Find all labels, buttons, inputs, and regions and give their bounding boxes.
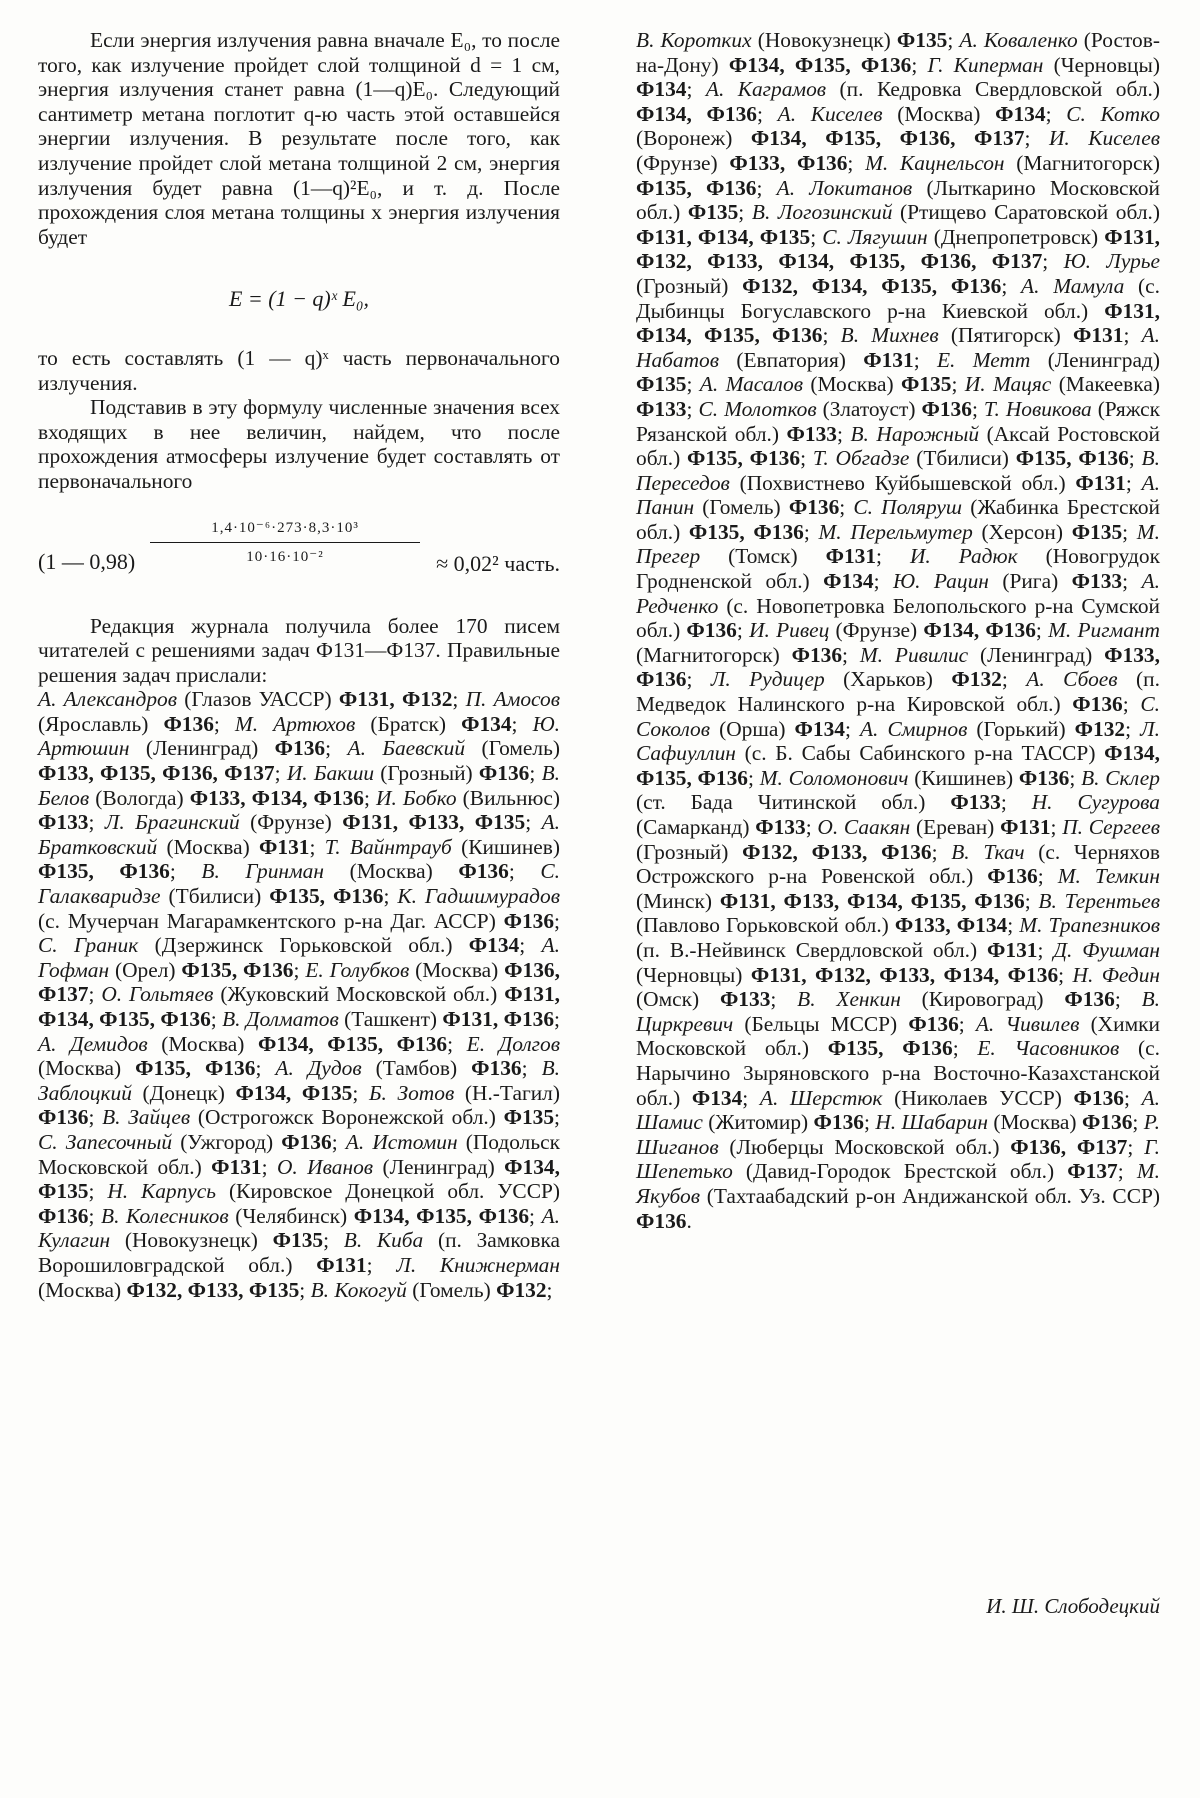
solver-name: Н. Карпусь [107, 1179, 216, 1203]
solver-name: Т. Вайнтрауб [325, 835, 452, 859]
solver-place: (Новокузнецк) [758, 28, 891, 52]
solver-problems: Ф131 [987, 938, 1037, 962]
solver-place: (Москва) [897, 102, 980, 126]
solver-entry: В. Зайцев (Острогожск Воронежской обл.) … [102, 1105, 560, 1129]
solver-entry: Л. Рудицер (Харьков) Ф132; [711, 667, 1026, 691]
solver-place: (Минск) [636, 889, 712, 913]
solver-name: К. Гадшимурадов [397, 884, 560, 908]
solver-name: А. Масалов [700, 372, 803, 396]
solver-place: (с. Мучерчан Магарамкентского р-на Даг. … [38, 909, 496, 933]
solver-problems: Ф131, Ф133, Ф134, Ф135, Ф136 [720, 889, 1025, 913]
solver-name: С. Поляруш [853, 495, 962, 519]
solver-place: (Кишинев) [914, 766, 1013, 790]
numeric-formula: (1 — 0,98) 1,4·10⁻⁶·273·8,3·10³ 10·16·10… [38, 516, 560, 584]
solver-problems: Ф135, Ф136 [828, 1036, 953, 1060]
solver-problems: Ф134, Ф136 [923, 618, 1035, 642]
solver-place: (Самарканд) [636, 815, 749, 839]
solver-place: (Орша) [719, 717, 785, 741]
solver-name: Л. Рудицер [711, 667, 825, 691]
solver-place: (Фрунзе) [836, 618, 918, 642]
solver-name: И. Киселев [1049, 126, 1160, 150]
formula-result: ≈ 0,02² часть. [436, 552, 560, 577]
solver-entry: Л. Брагинский (Фрунзе) Ф131, Ф133, Ф135; [105, 810, 542, 834]
solver-name: Е. Часовников [977, 1036, 1119, 1060]
right-column: В. Коротких (Новокузнецк) Ф135; А. Ковал… [636, 28, 1160, 1233]
solver-problems: Ф133, Ф136 [729, 151, 847, 175]
solver-place: (Ереван) [916, 815, 994, 839]
solver-place: (Николаев УССР) [894, 1086, 1062, 1110]
solver-entry: В. Колесников (Челябинск) Ф134, Ф135, Ф1… [101, 1204, 542, 1228]
solver-place: (Гомель) [412, 1278, 490, 1302]
solver-name: Н. Федин [1073, 963, 1161, 987]
solver-problems: Ф135 [636, 372, 686, 396]
solver-problems: Ф134 [461, 712, 511, 736]
solver-place: (Новокузнецк) [125, 1228, 258, 1252]
solver-name: В. Киба [344, 1228, 423, 1252]
solver-name: А. Киселев [778, 102, 883, 126]
solver-problems: Ф136 [987, 864, 1037, 888]
solver-place: (п. В.-Нейвинск Свердловской обл.) [636, 938, 977, 962]
solver-problems: Ф135 [897, 28, 947, 52]
solver-name: С. Граник [38, 933, 138, 957]
solver-problems: Ф133, Ф135, Ф136, Ф137 [38, 761, 275, 785]
solver-problems: Ф136, Ф137 [1010, 1135, 1127, 1159]
solver-name: М. Ривилис [860, 643, 968, 667]
solver-problems: Ф136 [789, 495, 839, 519]
solver-name: В. Логозинский [752, 200, 893, 224]
solver-problems: Ф133 [787, 422, 837, 446]
solver-name: С. Котко [1066, 102, 1160, 126]
solver-entry: И. Ривец (Фрунзе) Ф134, Ф136; [749, 618, 1048, 642]
solver-problems: Ф136 [275, 736, 325, 760]
solver-name: И. Бакши [287, 761, 374, 785]
solver-entry: А. Александров (Глазов УАССР) Ф131, Ф132… [38, 687, 466, 711]
solver-problems: Ф134, Ф136 [636, 102, 757, 126]
solver-name: Ю. Рацин [893, 569, 989, 593]
solver-problems: Ф131, Ф132, Ф133, Ф134, Ф136 [751, 963, 1058, 987]
solver-place: (Ярославль) [38, 712, 148, 736]
solver-place: (Похвистнево Куйбышевской обл.) [740, 471, 1066, 495]
solver-place: (Тбилиси) [916, 446, 1009, 470]
solver-place: (Грозный) [636, 840, 728, 864]
solver-name: И. Радюк [910, 544, 1018, 568]
solver-place: (Жуковский Московской обл.) [220, 982, 497, 1006]
solver-place: (Москва) [167, 835, 250, 859]
solver-place: (Москва) [350, 859, 433, 883]
solver-problems: Ф133 [950, 790, 1000, 814]
solver-problems: Ф131, Ф133, Ф135 [342, 810, 525, 834]
solver-problems: Ф132 [951, 667, 1001, 691]
solver-place: (Евпатория) [736, 348, 846, 372]
solver-entry: А. Шерстюк (Николаев УССР) Ф136; [760, 1086, 1142, 1110]
solver-place: (Ужгород) [180, 1130, 273, 1154]
solver-entry: А. Киселев (Москва) Ф134; [778, 102, 1067, 126]
solver-problems: Ф135, Ф136 [181, 958, 293, 982]
solver-name: В. Зайцев [102, 1105, 190, 1129]
solver-name: А. Демидов [38, 1032, 148, 1056]
solver-place: (Житомир) [708, 1110, 808, 1134]
solver-entry: В. Долматов (Ташкент) Ф131, Ф136; [222, 1007, 560, 1031]
solver-place: (п. Кедровка Свердловской обл.) [840, 77, 1160, 101]
solver-place: (ст. Бада Читинской обл.) [636, 790, 925, 814]
solver-problems: Ф132 [1075, 717, 1125, 741]
solver-problems: Ф134, Ф135, Ф136, Ф137 [751, 126, 1025, 150]
solver-problems: Ф131, Ф136 [442, 1007, 554, 1031]
solver-problems: Ф131 [259, 835, 309, 859]
solver-place: (Москва) [161, 1032, 244, 1056]
solver-name: Г. Киперман [928, 53, 1044, 77]
solver-name: А. Сбоев [1026, 667, 1117, 691]
solver-place: (Макеевка) [1059, 372, 1160, 396]
solver-place: (Москва) [415, 958, 498, 982]
solver-place: (Братск) [370, 712, 446, 736]
author-signature: И. Ш. Слободецкий [986, 1594, 1160, 1619]
solver-place: (Горький) [976, 717, 1065, 741]
solver-entry: С. Запесочный (Ужгород) Ф136; [38, 1130, 346, 1154]
solver-name: А. Смирнов [860, 717, 967, 741]
solver-name: В. Склер [1081, 766, 1160, 790]
solver-name: Н. Сугурова [1032, 790, 1160, 814]
fraction-denominator: 10·16·10⁻² [150, 543, 420, 570]
solver-name: Т. Обгадзе [813, 446, 910, 470]
solver-name: А. Шерстюк [760, 1086, 883, 1110]
solver-place: (Черновцы) [1054, 53, 1160, 77]
solver-problems: Ф132, Ф133, Ф136 [742, 840, 931, 864]
solver-place: (Гомель) [482, 736, 560, 760]
solver-place: (Ленинград) [382, 1155, 494, 1179]
solver-entry: С. Граник (Дзержинск Горьковской обл.) Ф… [38, 933, 542, 957]
solver-entry: А. Масалов (Москва) Ф135; [700, 372, 965, 396]
solver-name: А. Локитанов [777, 176, 913, 200]
solver-problems: Ф134, Ф135 [235, 1081, 352, 1105]
solver-place: (Магнитогорск) [636, 643, 780, 667]
solver-name: О. Иванов [277, 1155, 373, 1179]
solver-place: (Грозный) [636, 274, 728, 298]
solver-place: (Москва) [38, 1278, 121, 1302]
solver-place: (Дзержинск Горьковской обл.) [155, 933, 453, 957]
solver-problems: Ф133 [755, 815, 805, 839]
solver-problems: Ф133 [720, 987, 770, 1011]
solver-problems: Ф135, Ф136 [1016, 446, 1129, 470]
solver-name: В. Кокогуй [311, 1278, 407, 1302]
solver-problems: Ф134 [795, 717, 845, 741]
solver-name: А. Коваленко [959, 28, 1077, 52]
solver-name: С. Запесочный [38, 1130, 172, 1154]
solver-problems: Ф136 [1074, 1086, 1124, 1110]
solver-entry: А. Демидов (Москва) Ф134, Ф135, Ф136; [38, 1032, 467, 1056]
solver-name: В. Ткач [951, 840, 1024, 864]
solver-problems: Ф136 [814, 1110, 864, 1134]
solver-name: М. Темкин [1058, 864, 1160, 888]
solver-place: (Омск) [636, 987, 699, 1011]
solver-problems: Ф131 [863, 348, 913, 372]
solver-name: В. Терентьев [1038, 889, 1160, 913]
solver-name: А. Александров [38, 687, 177, 711]
solver-name: И. Бобко [376, 786, 457, 810]
solver-place: (Орел) [115, 958, 176, 982]
solver-problems: Ф137 [1067, 1159, 1117, 1183]
solver-name: А. Дудов [275, 1056, 361, 1080]
exponent-fraction: 1,4·10⁻⁶·273·8,3·10³ 10·16·10⁻² [150, 516, 420, 570]
solver-problems: Ф134 [995, 102, 1045, 126]
solver-place: (Москва) [993, 1110, 1076, 1134]
solver-place: (Кишинев) [461, 835, 560, 859]
solver-name: Л. Брагинский [105, 810, 240, 834]
solver-name: В. Коротких [636, 28, 752, 52]
solver-entry: В. Кокогуй (Гомель) Ф132; [311, 1278, 553, 1302]
solver-place: (Донецк) [143, 1081, 225, 1105]
solver-entry: В. Коротких (Новокузнецк) Ф135; [636, 28, 959, 52]
solver-name: А. Истомин [346, 1130, 458, 1154]
solver-entry: А. Дудов (Тамбов) Ф136; [275, 1056, 541, 1080]
solver-name: Е. Метт [937, 348, 1030, 372]
solver-problems: Ф131 [1073, 323, 1123, 347]
solver-problems: Ф133, Ф134 [895, 913, 1007, 937]
solver-name: М. Перельмутер [818, 520, 972, 544]
solver-problems: Ф131, Ф132 [339, 687, 453, 711]
solver-problems: Ф135, Ф136 [636, 176, 757, 200]
solver-problems: Ф136 [908, 1012, 958, 1036]
solver-problems: Ф136 [1019, 766, 1069, 790]
solver-entry: Ю. Рацин (Рига) Ф133; [893, 569, 1142, 593]
solver-problems: Ф132 [496, 1278, 546, 1302]
solver-place: (Кировоград) [922, 987, 1044, 1011]
solver-entry: А. Смирнов (Горький) Ф132; [860, 717, 1140, 741]
solver-place: (Днепропетровск) [934, 225, 1098, 249]
formula-explanation: то есть составлять (1 — q)ˣ часть первон… [38, 346, 560, 395]
solver-entry: М. Соломонович (Кишинев) Ф136; [760, 766, 1081, 790]
solver-place: (Ртищево Саратовской обл.) [900, 200, 1160, 224]
solver-name: П. Амосов [466, 687, 560, 711]
solver-problems: Ф136 [479, 761, 529, 785]
solver-problems: Ф131 [1075, 471, 1125, 495]
solver-problems: Ф135, Ф136 [38, 859, 170, 883]
solver-problems: Ф135 [1072, 520, 1122, 544]
solver-problems: Ф133 [1072, 569, 1122, 593]
solver-problems: Ф134 [636, 77, 686, 101]
solver-name: П. Сергеев [1062, 815, 1160, 839]
solver-problems: Ф134, Ф135, Ф136 [729, 53, 912, 77]
solver-name: Л. Книжнерман [396, 1253, 560, 1277]
solver-problems: Ф134 [692, 1086, 742, 1110]
solver-problems: Ф136 [504, 909, 554, 933]
solver-problems: Ф136 [38, 1204, 88, 1228]
solver-problems: Ф136 [458, 859, 508, 883]
solver-entry: Т. Обгадзе (Тбилиси) Ф135, Ф136; [813, 446, 1142, 470]
solver-place: (Павлово Горьковской обл.) [636, 913, 889, 937]
solver-place: (с. Б. Сабы Сабинского р-на ТАССР) [745, 741, 1096, 765]
solver-place: (Вологда) [95, 786, 183, 810]
solver-name: М. Ригмант [1048, 618, 1160, 642]
solver-name: Б. Зотов [369, 1081, 454, 1105]
solver-place: (Кировское Донецкой обл. УССР) [229, 1179, 560, 1203]
solver-entry: И. Бакши (Грозный) Ф136; [287, 761, 542, 785]
solver-name: М. Артюхов [235, 712, 355, 736]
solver-problems: Ф131 [1000, 815, 1050, 839]
solver-problems: Ф133 [636, 397, 686, 421]
solver-name: С. Молотков [698, 397, 816, 421]
solver-name: Д. Фушман [1053, 938, 1160, 962]
solver-place: (Тахтаабадский р-он Андижанской обл. Уз.… [707, 1184, 1160, 1208]
solver-place: (Рига) [1002, 569, 1058, 593]
solver-place: (Люберцы Московской обл.) [729, 1135, 999, 1159]
solver-entry: М. Перельмутер (Херсон) Ф135; [818, 520, 1136, 544]
solver-problems: Ф134, Ф135, Ф136 [354, 1204, 529, 1228]
solver-name: В. Михнев [841, 323, 939, 347]
solver-place: (Грозный) [380, 761, 472, 785]
formula-base: (1 — 0,98) [38, 550, 135, 575]
solver-list-left: А. Александров (Глазов УАССР) Ф131, Ф132… [38, 687, 560, 1302]
solver-name: М. Трапезников [1019, 913, 1160, 937]
solver-place: (Ленинград) [980, 643, 1092, 667]
solver-name: О. Саакян [817, 815, 910, 839]
solver-place: (Бельцы МССР) [744, 1012, 897, 1036]
derivation-paragraph: Если энергия излучения равна вначале E₀,… [38, 28, 560, 249]
solver-problems: Ф136 [1082, 1110, 1132, 1134]
solver-name: И. Мацяс [965, 372, 1052, 396]
solver-name: В. Гринман [201, 859, 324, 883]
solver-problems: Ф136 [1072, 692, 1122, 716]
solver-problems: Ф134, Ф135, Ф136 [258, 1032, 447, 1056]
solver-problems: Ф134 [823, 569, 873, 593]
solver-problems: Ф131 [826, 544, 876, 568]
solver-place: (Москва) [38, 1056, 121, 1080]
solver-entry: М. Артюхов (Братск) Ф134; [235, 712, 533, 736]
solver-problems: Ф136 [471, 1056, 521, 1080]
solver-name: В. Хенкин [797, 987, 901, 1011]
solver-problems: Ф131 [211, 1155, 261, 1179]
solver-place: (Томск) [728, 544, 797, 568]
solver-place: (Глазов УАССР) [184, 687, 331, 711]
solver-place: (Тамбов) [376, 1056, 458, 1080]
fraction-numerator: 1,4·10⁻⁶·273·8,3·10³ [150, 516, 420, 544]
solver-place: (Фрунзе) [250, 810, 332, 834]
solver-place: (Москва) [810, 372, 893, 396]
solver-place: (Златоуст) [823, 397, 916, 421]
solver-problems: Ф136 [1064, 987, 1114, 1011]
solver-problems: Ф133 [38, 810, 88, 834]
solver-place: (Челябинск) [235, 1204, 347, 1228]
solver-problems: Ф135, Ф136 [689, 520, 804, 544]
solver-entry: С. Молотков (Златоуст) Ф136; [698, 397, 983, 421]
solver-place: (Вильнюс) [463, 786, 560, 810]
solver-problems: Ф132, Ф133, Ф135 [127, 1278, 300, 1302]
solver-problems: Ф135 [273, 1228, 323, 1252]
solver-place: (Воронеж) [636, 126, 732, 150]
solver-name: С. Лягушин [822, 225, 927, 249]
solver-list-right: В. Коротких (Новокузнецк) Ф135; А. Ковал… [636, 28, 1160, 1233]
solver-name: М. Соломонович [760, 766, 909, 790]
solver-name: Т. Новикова [984, 397, 1092, 421]
solver-name: А. Баевский [348, 736, 466, 760]
solver-place: (Ленинград) [146, 736, 258, 760]
solver-problems: Ф135, Ф136 [135, 1056, 255, 1080]
solver-name: В. Долматов [222, 1007, 339, 1031]
solver-entry: Н. Шабарин (Москва) Ф136; [875, 1110, 1143, 1134]
solver-place: (Фрунзе) [636, 151, 718, 175]
solver-place: (Острогожск Воронежской обл.) [198, 1105, 496, 1129]
solver-name: В. Колесников [101, 1204, 229, 1228]
solver-entry: В. Гринман (Москва) Ф136; [201, 859, 540, 883]
solver-place: (Пятигорск) [951, 323, 1061, 347]
solver-problems: Ф134 [469, 933, 519, 957]
solver-problems: Ф136 [163, 712, 213, 736]
solver-problems: Ф135, Ф136 [687, 446, 800, 470]
editorial-intro: Редакция журнала получила более 170 писе… [38, 614, 560, 688]
solver-name: А. Чивилев [976, 1012, 1080, 1036]
solver-place: (Ташкент) [344, 1007, 437, 1031]
solver-place: (Тбилиси) [169, 884, 262, 908]
solver-name: А. Мамула [1021, 274, 1124, 298]
solver-problems: Ф136 [792, 643, 842, 667]
solver-place: (Херсон) [981, 520, 1063, 544]
solver-place: (Давид-Городок Брестской обл.) [746, 1159, 1054, 1183]
attenuation-formula: E = (1 − q)ˣ E₀, [38, 287, 560, 312]
solver-name: А. Каграмов [706, 77, 826, 101]
solver-problems: Ф131 [316, 1253, 366, 1277]
solver-problems: Ф135 [688, 200, 738, 224]
solver-entry: В. Хенкин (Кировоград) Ф136; [797, 987, 1141, 1011]
solver-name: Н. Шабарин [875, 1110, 988, 1134]
solver-name: И. Ривец [749, 618, 829, 642]
solver-problems: Ф136 [38, 1105, 88, 1129]
solver-place: (Магнитогорск) [1016, 151, 1160, 175]
solver-name: В. Нарожный [850, 422, 979, 446]
solver-name: Е. Долгов [467, 1032, 560, 1056]
solver-problems: Ф136 [686, 618, 736, 642]
solver-problems: Ф135, Ф136 [269, 884, 383, 908]
solver-name: М. Кацнельсон [865, 151, 1004, 175]
solver-entry: О. Саакян (Ереван) Ф131; [817, 815, 1062, 839]
solver-problems: Ф136 [281, 1130, 331, 1154]
solver-entry: В. Михнев (Пятигорск) Ф131; [841, 323, 1142, 347]
solver-place: (Гомель) [702, 495, 780, 519]
solver-place: (Ленинград) [1048, 348, 1160, 372]
solver-name: О. Гольтяев [101, 982, 213, 1006]
solver-problems: Ф135 [504, 1105, 554, 1129]
solver-place: (Черновцы) [636, 963, 742, 987]
solver-problems: Ф131, Ф134, Ф135 [636, 225, 810, 249]
solver-problems: Ф132, Ф134, Ф135, Ф136 [742, 274, 1001, 298]
solver-problems: Ф133, Ф134, Ф136 [190, 786, 364, 810]
solver-problems: Ф135 [901, 372, 951, 396]
solver-name: Ю. Лурье [1064, 249, 1160, 273]
solver-name: Е. Голубков [305, 958, 409, 982]
solver-problems: Ф136 [921, 397, 971, 421]
left-column: Если энергия излучения равна вначале E₀,… [38, 28, 560, 1302]
substitution-paragraph: Подставив в эту формулу численные значен… [38, 395, 560, 493]
solver-problems: Ф136 [636, 1209, 686, 1233]
solver-place: (Н.-Тагил) [465, 1081, 560, 1105]
solver-place: (Харьков) [843, 667, 933, 691]
